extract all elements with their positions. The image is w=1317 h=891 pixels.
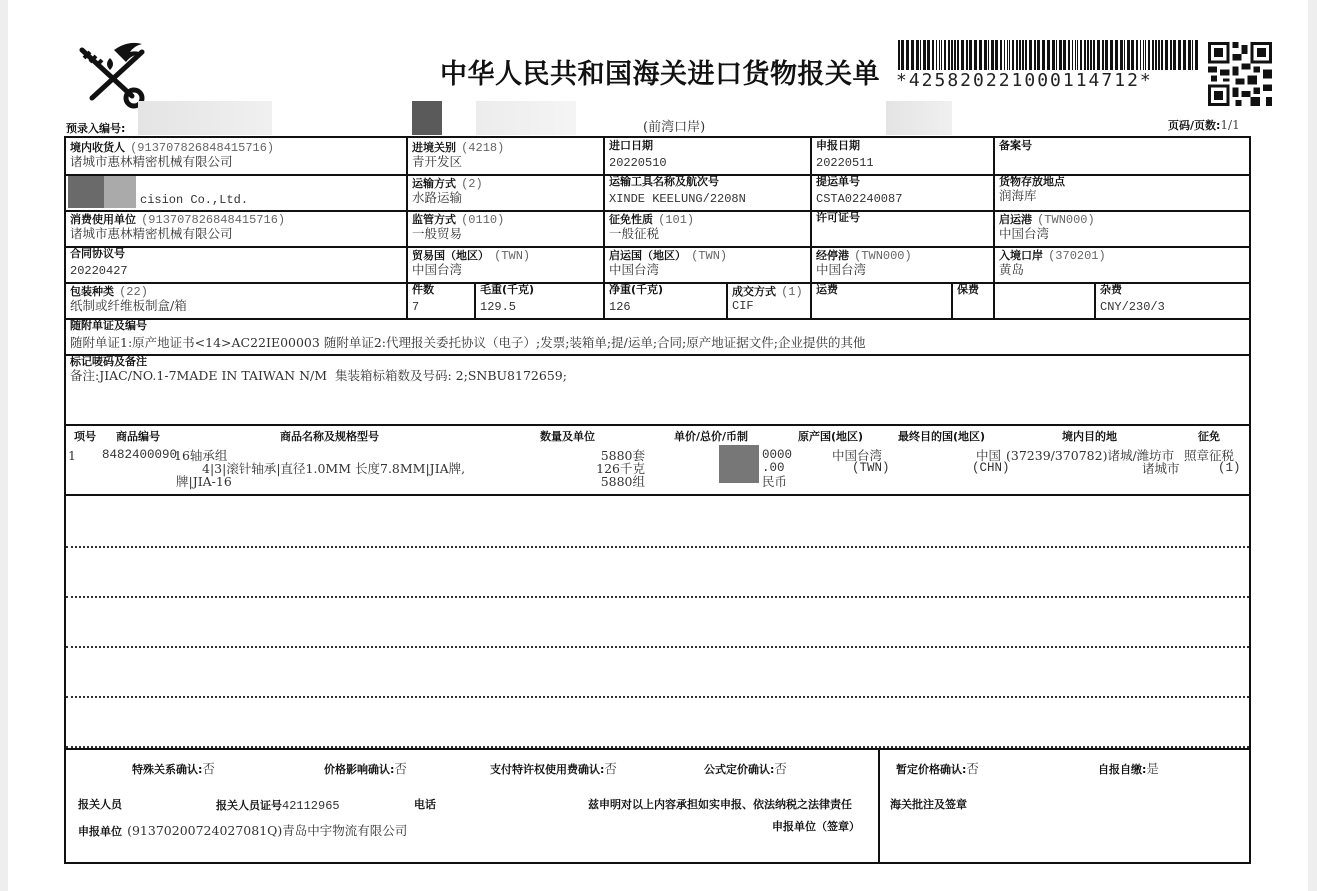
field-value: 20220427 [70,264,128,278]
confirm-special-relation: 特殊关系确认:否 [132,759,215,777]
goods-header-dest-country: 最终目的国(地区) [898,428,985,444]
item-no: 1 [68,449,76,462]
confirm-value: 否 [202,761,215,776]
declarant-cert-value: 42112965 [282,799,340,813]
field-label: 贸易国（地区） [412,249,489,262]
declaration-form: 境内收货人 (913707826848415716) 诸城市惠林精密机械有限公司… [64,136,1251,864]
field-value: cision Co.,Ltd. [140,193,248,207]
goods-header-name: 商品名称及规格型号 [280,428,379,444]
field-label: 净重(千克) [609,283,663,297]
field-value: 一般贸易 [412,227,504,241]
consignee-field: 境内收货人 (913707826848415716) 诸城市惠林精密机械有限公司 [66,138,406,170]
field-label: 运输方式 [412,177,456,190]
field-label: 经停港 [816,249,849,262]
field-label: 合同协议号 [70,247,128,261]
misc-fee-field: 杂费 CNY/230/3 [1096,282,1169,315]
field-label: 杂费 [1100,283,1165,297]
gross-weight-field: 毛重(千克) 129.5 [476,282,538,315]
field-value: 中国台湾 [816,263,912,277]
field-label: 标记唛码及备注 [70,355,567,369]
field-value: 中国台湾 [609,263,727,277]
trade-terms-field: 成交方式 (1) CIF [728,282,807,314]
vessel-field: 运输工具名称及航次号 XINDE KEELUNG/2208N [605,174,750,207]
confirm-value: 否 [966,761,979,776]
confirm-self-declare: 自报自缴:是 [1098,759,1159,777]
contract-field: 合同协议号 20220427 [66,246,132,279]
field-label: 成交方式 [732,285,776,298]
redacted-block [138,101,272,135]
confirm-label: 特殊关系确认: [132,763,202,776]
item-hs-code: 8482400090 [102,449,177,462]
goods-header-domestic-dest: 境内目的地 [1062,428,1117,444]
confirm-value: 否 [604,761,617,776]
confirm-provisional-price: 暂定价格确认:否 [896,759,979,777]
field-label: 监管方式 [412,213,456,226]
field-value: 20220511 [816,156,988,170]
field-code: (0110) [461,213,504,227]
declaring-unit-label: 申报单位 [78,825,122,838]
page-label: 页码/页数: [1168,119,1220,132]
field-value: 青开发区 [412,155,599,169]
declaration-statement: 兹申明对以上内容承担如实申报、依法纳税之法律责任 [588,796,852,812]
confirm-price-influence: 价格影响确认:否 [324,759,407,777]
field-code: (370201) [1048,249,1106,263]
confirm-label: 暂定价格确认: [896,763,966,776]
net-weight-field: 净重(千克) 126 [605,282,667,315]
declarant-cert-label: 报关人员证号 [216,799,282,812]
field-value: XINDE KEELUNG/2208N [609,192,746,206]
field-code: (22) [119,285,148,299]
field-label: 征免性质 [609,213,653,226]
declaring-unit: 申报单位 (91370200724027081Q)青岛中宇物流有限公司 [78,820,407,839]
field-label: 件数 [412,283,434,297]
overseas-shipper-field: cision Co.,Ltd. [136,192,252,208]
goods-header-hs: 商品编号 [116,428,160,444]
goods-header-no: 项号 [74,428,96,444]
field-value: CNY/230/3 [1100,300,1165,314]
field-label: 随附单证及编号 [70,319,865,333]
field-code: (1) [781,285,803,299]
transit-port-field: 经停港 (TWN000) 中国台湾 [812,246,916,278]
confirm-value: 否 [774,761,787,776]
phone-label: 电话 [414,796,436,812]
item-price-line: 民币 [762,475,787,488]
field-code: (TWN000) [1037,213,1095,227]
pieces-field: 件数 7 [408,282,438,315]
barcode [898,40,1198,70]
field-label: 进口日期 [609,139,806,153]
field-label: 境内收货人 [70,141,125,154]
redacted-block [719,445,759,483]
field-label: 入境口岸 [999,249,1043,262]
field-code: (TWN) [691,249,727,263]
redacted-block [68,176,104,208]
port-name: (前湾口岸) [643,116,705,135]
field-label: 许可证号 [816,211,860,225]
field-value: 129.5 [480,300,534,314]
entry-port-field: 入境口岸 (370201) 黄岛 [995,246,1110,278]
field-label: 进境关别 [412,141,456,154]
qr-code [1208,42,1272,106]
goods-header-origin: 原产国(地区) [798,428,863,444]
transport-mode-field: 运输方式 (2) 水路运输 [408,174,603,206]
item-origin-line: (TWN) [852,462,890,475]
item-name-line: 牌|JIA-16 [176,475,232,488]
field-code: (913707826848415716) [130,141,274,155]
redacted-block [476,101,576,135]
confirm-label: 价格影响确认: [324,763,394,776]
goods-header-qty: 数量及单位 [540,428,595,444]
freight-field: 运费 [812,282,842,298]
confirm-label: 自报自缴: [1098,763,1146,776]
declare-date-field: 申报日期 20220511 [812,138,992,171]
field-label: 启运港 [999,213,1032,226]
field-label: 申报日期 [816,139,988,153]
field-value: 一般征税 [609,227,694,241]
confirm-value: 是 [1146,761,1159,776]
goods-header-price: 单价/总价/币制 [674,428,748,444]
field-label: 启运国（地区） [609,249,686,262]
confirm-label: 公式定价确认: [704,763,774,776]
confirm-formula-pricing: 公式定价确认:否 [704,759,787,777]
field-value: 纸制或纤维板制盒/箱 [70,299,187,313]
field-value: 润海库 [999,189,1065,203]
import-date-field: 进口日期 20220510 [605,138,810,171]
field-label: 提运单号 [816,175,902,189]
field-value: CIF [732,299,803,313]
confirm-value: 否 [394,761,407,776]
trade-country-field: 贸易国（地区） (TWN) 中国台湾 [408,246,534,278]
consumer-field: 消费使用单位 (913707826848415716) 诸城市惠林精密机械有限公… [66,210,289,242]
field-value: 诸城市惠林精密机械有限公司 [70,155,402,169]
customs-note-label: 海关批注及签章 [890,796,967,812]
seal-label: 申报单位（签章） [772,818,860,834]
declarant-cert: 报关人员证号42112965 [216,794,340,813]
confirm-royalty: 支付特许权使用费确认:否 [490,759,617,777]
field-label: 保费 [957,283,979,297]
departure-port-field: 启运港 (TWN000) 中国台湾 [995,210,1099,242]
item-qty-line: 5880组 [601,475,645,488]
field-value: 7 [412,300,434,314]
field-code: (4218) [461,141,504,155]
record-no-field: 备案号 [995,138,1245,154]
field-code: (TWN) [494,249,530,263]
field-label: 货物存放地点 [999,175,1065,189]
departure-country-field: 启运国（地区） (TWN) 中国台湾 [605,246,731,278]
field-value: 随附单证1:原产地证书<14>AC22IE00003 随附单证2:代理报关委托协… [70,336,865,350]
item-name-line: 4|3|滚针轴承|直径1.0MM 长度7.8MM|JIA牌, [202,462,465,475]
field-code: (101) [658,213,694,227]
field-label: 毛重(千克) [480,283,534,297]
field-value: 中国台湾 [999,227,1095,241]
redacted-block [412,101,442,135]
levy-nature-field: 征免性质 (101) 一般征税 [605,210,698,242]
redacted-block [104,176,136,208]
item-dest-line: (CHN) [972,462,1010,475]
field-code: (2) [461,177,483,191]
pre-entry-label: 预录入编号: [66,122,125,135]
field-label: 包装种类 [70,285,114,298]
field-label: 运输工具名称及航次号 [609,175,746,189]
field-value: 备注:JIAC/NO.1-7MADE IN TAIWAN N/M 集装箱标箱数及… [70,369,567,383]
field-code: (913707826848415716) [141,213,285,227]
field-label: 备案号 [999,139,1241,153]
field-code: (TWN000) [854,249,912,263]
field-value: 黄岛 [999,263,1106,277]
declarant-label: 报关人员 [78,796,122,812]
pre-entry-number: 预录入编号: [66,117,125,136]
redacted-block [886,101,952,135]
insurance-field: 保费 [953,282,983,298]
field-value: CSTA02240087 [816,192,902,206]
documents-field: 随附单证及编号 随附单证1:原产地证书<14>AC22IE00003 随附单证2… [66,318,869,351]
field-label: 消费使用单位 [70,213,136,226]
license-field: 许可证号 [812,210,864,226]
field-label: 运费 [816,283,838,297]
customs-emblem-icon [74,40,154,110]
supervision-field: 监管方式 (0110) 一般贸易 [408,210,508,242]
goods-header-levy: 征免 [1198,428,1220,444]
package-type-field: 包装种类 (22) 纸制或纤维板制盒/箱 [66,282,191,314]
item-levy-line: (1) [1218,462,1241,475]
marks-field: 标记唛码及备注 备注:JIAC/NO.1-7MADE IN TAIWAN N/M… [66,354,571,384]
page-value: 1/1 [1220,118,1239,132]
confirm-label: 支付特许权使用费确认: [490,763,604,776]
entry-customs-field: 进境关别 (4218) 青开发区 [408,138,603,170]
field-value: 中国台湾 [412,263,530,277]
page-count: 页码/页数:1/1 [1168,117,1240,133]
customs-declaration-page: 中华人民共和国海关进口货物报关单 *425820221000114712* 预录… [8,0,1308,891]
bill-no-field: 提运单号 CSTA02240087 [812,174,906,207]
field-value: 126 [609,300,663,314]
item-domestic-dest-line: 诸城市 [1142,462,1180,475]
storage-field: 货物存放地点 润海库 [995,174,1069,204]
field-value: 诸城市惠林精密机械有限公司 [70,227,285,241]
page-title: 中华人民共和国海关进口货物报关单 [440,52,880,91]
barcode-number: *425820221000114712* [896,70,1153,91]
field-value: 20220510 [609,156,806,170]
field-value: 水路运输 [412,191,599,205]
declaring-unit-value: (91370200724027081Q)青岛中宇物流有限公司 [127,823,407,838]
